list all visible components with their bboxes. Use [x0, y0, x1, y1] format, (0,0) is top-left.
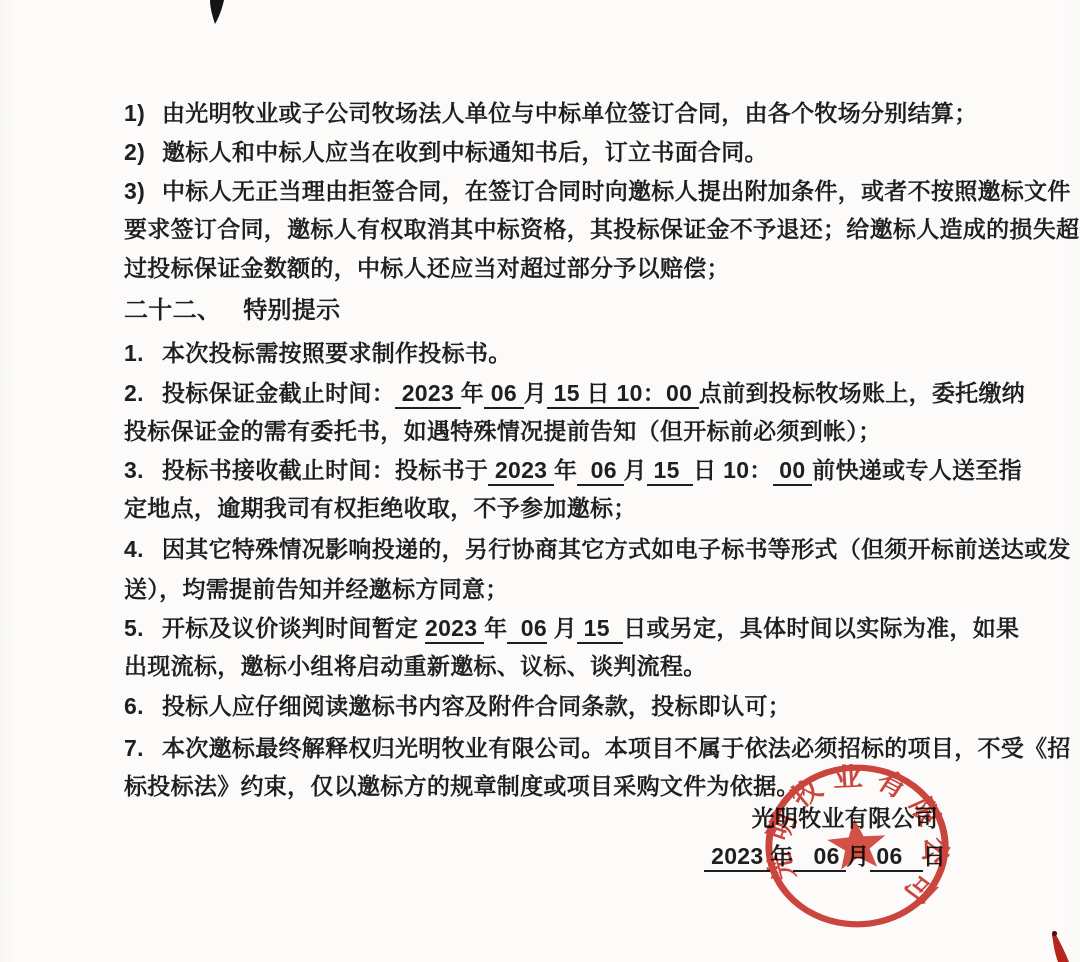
clause-text: 中标人无正当理由拒签合同，在签订合同时向邀标人提出附加条件，或者不按照邀标文件 — [162, 178, 1071, 204]
item-5-line-2: 出现流标，邀标小组将启动重新邀标、议标、谈判流程。 — [124, 651, 707, 681]
scanned-tender-document-page: { "page": { "bg": "#fcfbfa", "ink": "#1f… — [0, 0, 1080, 962]
item-7-line-2: 标投标法》约束，仅以邀标方的规章制度或项目采购文件为依据。 — [124, 771, 800, 801]
date-text: 日 — [923, 843, 946, 869]
clause-2-line: 2)邀标人和中标人应当在收到中标通知书后，订立书面合同。 — [124, 137, 768, 167]
item-3-line-2: 定地点，逾期我司有权拒绝收取，不予参加邀标； — [124, 493, 637, 523]
signature-date: 2023 年 06 月 06 日 — [704, 841, 946, 871]
item-text: 年 — [461, 380, 484, 406]
clause-text: 邀标人和中标人应当在收到中标通知书后，订立书面合同。 — [162, 139, 768, 165]
signature-company: 光明牧业有限公司 — [752, 803, 938, 833]
item-text: 定地点，逾期我司有权拒绝收取，不予参加邀标； — [124, 495, 637, 521]
clause-3-line-2: 要求签订合同，邀标人有权取消其中标资格，其投标保证金不予退还；给邀标人造成的损失… — [124, 214, 1079, 244]
item-2-line-1: 2.投标保证金截止时间： 2023 年 06 月 15 日 10：00 点前到投… — [124, 378, 1025, 408]
item-text: 本次邀标最终解释权归光明牧业有限公司。本项目不属于依法必须招标的项目，不受《招 — [162, 735, 1071, 761]
blank-month: 06 — [507, 615, 547, 644]
item-text: 标投标法》约束，仅以邀标方的规章制度或项目采购文件为依据。 — [124, 773, 800, 799]
item-number: 5. — [124, 613, 162, 643]
item-number: 1. — [124, 338, 162, 368]
date-month: 06 — [793, 843, 846, 872]
item-text: 投标书接收截止时间：投标书于 — [162, 457, 488, 483]
item-number: 7. — [124, 733, 162, 763]
item-text: 月 — [524, 380, 547, 406]
date-day: 06 — [870, 843, 923, 872]
item-text: 因其它特殊情况影响投递的，另行协商其它方式如电子标书等形式（但须开标前送达或发 — [162, 536, 1071, 562]
item-5-line-1: 5.开标及议价谈判时间暂定 2023 年 06 月 15 日或另定，具体时间以实… — [124, 613, 1019, 643]
section-heading: 二十二、特别提示 — [124, 296, 340, 326]
clause-1-line: 1)由光明牧业或子公司牧场法人单位与中标单位签订合同，由各个牧场分别结算； — [124, 98, 978, 128]
item-text: 日 10： — [693, 457, 772, 483]
item-7-line-1: 7.本次邀标最终解释权归光明牧业有限公司。本项目不属于依法必须招标的项目，不受《… — [124, 733, 1071, 763]
item-1-line: 1.本次投标需按照要求制作投标书。 — [124, 338, 512, 368]
item-text: 日或另定，具体时间以实际为准，如果 — [623, 615, 1019, 641]
clause-text: 过投标保证金数额的，中标人还应当对超过部分予以赔偿； — [124, 255, 730, 281]
item-text: 点前到投标牧场账上，委托缴纳 — [699, 380, 1025, 406]
item-text: 投标保证金的需有委托书，如遇特殊情况提前告知（但开标前必须到帐）； — [124, 418, 881, 444]
clause-text: 要求签订合同，邀标人有权取消其中标资格，其投标保证金不予退还；给邀标人造成的损失… — [124, 216, 1079, 242]
blank-month: 06 — [577, 457, 623, 486]
clause-3-line-1: 3)中标人无正当理由拒签合同，在签订合同时向邀标人提出附加条件，或者不按照邀标文… — [124, 176, 1071, 206]
item-text: 出现流标，邀标小组将启动重新邀标、议标、谈判流程。 — [124, 653, 707, 679]
clause-number: 1) — [124, 98, 162, 128]
date-year: 2023 — [704, 843, 770, 872]
clause-number: 3) — [124, 176, 162, 206]
clause-3-line-3: 过投标保证金数额的，中标人还应当对超过部分予以赔偿； — [124, 253, 730, 283]
clause-number: 2) — [124, 137, 162, 167]
item-6-line: 6.投标人应仔细阅读邀标书内容及附件合同条款，投标即认可； — [124, 691, 791, 721]
date-text: 年 — [770, 843, 793, 869]
item-text: 开标及议价谈判时间暂定 — [162, 615, 425, 641]
blank-day: 15 — [647, 457, 693, 486]
item-number: 4. — [124, 534, 162, 564]
item-text: 年 — [484, 615, 507, 641]
item-text: 送），均需提前告知并经邀标方同意； — [124, 576, 509, 602]
item-text: 投标保证金截止时间： — [162, 380, 395, 406]
item-3-line-1: 3.投标书接收截止时间：投标书于 2023 年 06 月 15 日 10： 00… — [124, 455, 1022, 485]
item-text: 年 — [554, 457, 577, 483]
blank-year: 2023 — [488, 457, 554, 486]
item-number: 2. — [124, 378, 162, 408]
item-2-line-2: 投标保证金的需有委托书，如遇特殊情况提前告知（但开标前必须到帐）； — [124, 416, 881, 446]
item-text: 投标人应仔细阅读邀标书内容及附件合同条款，投标即认可； — [162, 693, 791, 719]
section-title: 特别提示 — [243, 297, 340, 324]
item-text: 前快递或专人送至指 — [812, 457, 1022, 483]
item-4-line-1: 4.因其它特殊情况影响投递的，另行协商其它方式如电子标书等形式（但须开标前送达或… — [124, 534, 1071, 564]
blank-month: 06 — [484, 380, 524, 409]
blank-day: 15 — [577, 615, 623, 644]
blank-day-time: 15 日 10：00 — [547, 380, 699, 409]
item-number: 6. — [124, 691, 162, 721]
item-text: 月 — [547, 615, 577, 641]
blank-minute: 00 — [773, 457, 813, 486]
company-name: 光明牧业有限公司 — [752, 805, 938, 831]
date-text: 月 — [846, 843, 869, 869]
item-4-line-2: 送），均需提前告知并经邀标方同意； — [124, 574, 509, 604]
clause-text: 由光明牧业或子公司牧场法人单位与中标单位签订合同，由各个牧场分别结算； — [162, 100, 978, 126]
blank-year: 2023 — [395, 380, 461, 409]
blank-year: 2023 — [425, 615, 484, 644]
item-text: 月 — [624, 457, 647, 483]
section-number: 二十二、 — [124, 297, 221, 324]
item-number: 3. — [124, 455, 162, 485]
item-text: 本次投标需按照要求制作投标书。 — [162, 340, 512, 366]
